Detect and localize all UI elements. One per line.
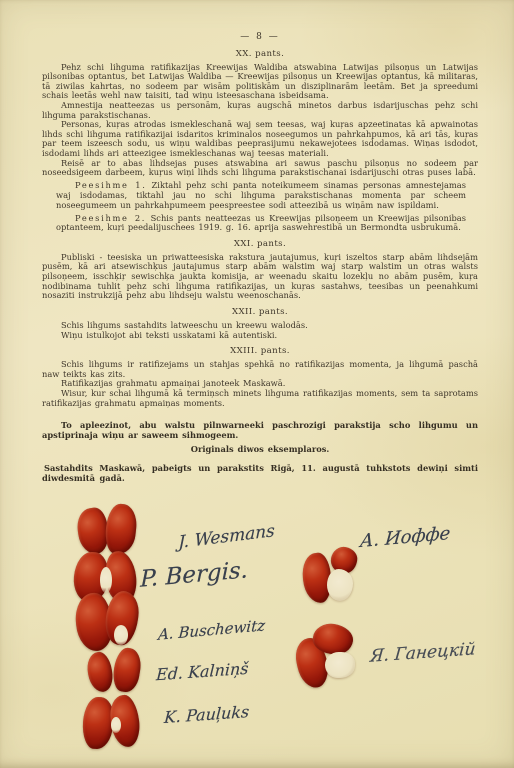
signature-latvian-5: K. Pauļuks [163,702,249,727]
wax-seal-icon [83,695,141,753]
wax-seal-icon [88,648,140,700]
wax-seal-icon [76,591,140,655]
wax-seal-icon [303,547,365,607]
seal-lobe [103,503,138,556]
treaty-document-page: — 8 — XX. pants. Pehz schi lihguma ratif… [0,0,514,768]
wax-crack [114,625,128,645]
wax-gap [327,569,353,601]
signatures-and-seals: J. Wesmans P. Bergis. A. Buschewitz Ed. … [0,0,514,768]
seal-lobe [81,696,115,750]
signature-russian-1: А. Иоффе [359,523,451,552]
wax-gap [325,652,355,678]
seal-lobe [111,646,144,694]
wax-crack [111,717,121,733]
signature-latvian-2: P. Bergis. [140,557,248,593]
signature-russian-2: Я. Ганецкій [369,639,476,667]
signature-latvian-3: A. Buschewitz [158,616,266,644]
wax-crack [100,567,112,593]
seal-lobe [85,650,116,694]
wax-seal-icon [295,624,367,694]
signature-latvian-4: Ed. Kalniņš [156,659,249,685]
signature-latvian-1: J. Wesmans [178,521,275,553]
